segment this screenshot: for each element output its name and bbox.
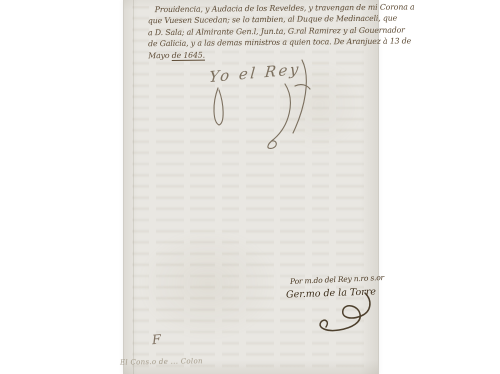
paper-stain xyxy=(138,228,278,340)
folio-mark: F xyxy=(151,333,161,349)
secretary-rubric-flourish xyxy=(315,291,377,341)
date-underlined: de 1645. xyxy=(172,50,205,59)
letter-body-text: Prouidencia, y Audacia de los Reveldes, … xyxy=(148,2,377,61)
countersignature-block: Por m.do del Rey n.ro s.or Ger.mo de la … xyxy=(285,273,397,345)
royal-signature: Yo el Rey xyxy=(203,56,323,156)
body-line: de Galicia, y a las demas ministros a qu… xyxy=(148,36,376,50)
paper-crease xyxy=(133,0,134,374)
docket-line: El Cons.o de ... Colon xyxy=(120,357,203,366)
date-prefix: Mayo xyxy=(148,51,172,60)
photo-backdrop: Prouidencia, y Audacia de los Reveldes, … xyxy=(0,0,500,374)
royal-signature-flourish xyxy=(203,56,323,156)
countersign-formula: Por m.do del Rey n.ro s.or xyxy=(290,273,384,286)
